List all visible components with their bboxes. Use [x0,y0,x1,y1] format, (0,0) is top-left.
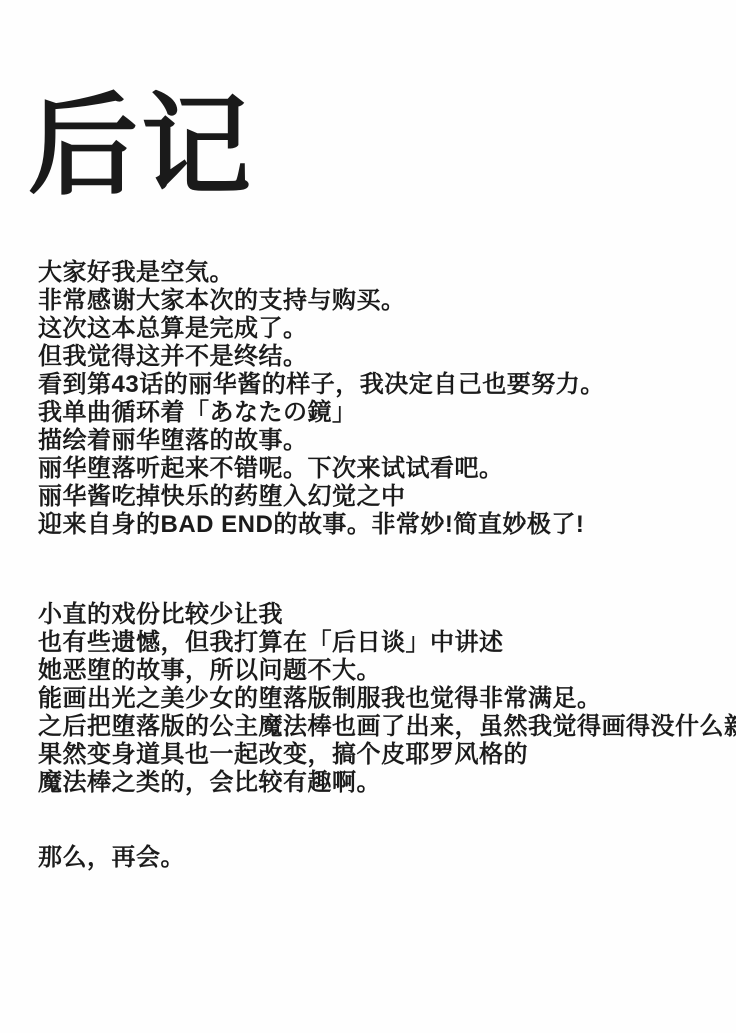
afterword-line: 这次这本总算是完成了。 [38,315,605,343]
afterword-page: 后记 大家好我是空気。 非常感谢大家本次的支持与购买。 这次这本总算是完成了。 … [0,0,736,1033]
afterword-line: 看到第43话的丽华酱的样子，我决定自己也要努力。 [38,371,605,399]
afterword-line: 我单曲循环着「あなたの鏡」 [38,399,605,427]
afterword-line: 丽华酱吃掉快乐的药堕入幻觉之中 [38,483,605,511]
page-title: 后记 [28,84,254,211]
afterword-line: 但我觉得这并不是终结。 [38,343,605,371]
afterword-line: 大家好我是空気。 [38,259,605,287]
afterword-line: 也有些遗憾，但我打算在「后日谈」中讲述 [38,629,736,657]
paragraph-farewell: 那么，再会。 [38,844,185,872]
afterword-line: 丽华堕落听起来不错呢。下次来试试看吧。 [38,455,605,483]
afterword-line: 小直的戏份比较少让我 [38,601,736,629]
afterword-line: 描绘着丽华堕落的故事。 [38,427,605,455]
afterword-line: 果然变身道具也一起改变，搞个皮耶罗风格的 [38,741,736,769]
paragraph-story-notes: 小直的戏份比较少让我 也有些遗憾，但我打算在「后日谈」中讲述 她恶堕的故事，所以… [38,601,736,797]
paragraph-greeting: 大家好我是空気。 非常感谢大家本次的支持与购买。 这次这本总算是完成了。 但我觉… [38,259,605,539]
afterword-line: 非常感谢大家本次的支持与购买。 [38,287,605,315]
afterword-line: 那么，再会。 [38,844,185,872]
afterword-line: 魔法棒之类的，会比较有趣啊。 [38,769,736,797]
afterword-line: 之后把堕落版的公主魔法棒也画了出来，虽然我觉得画得没什么新意， [38,713,736,741]
afterword-line: 能画出光之美少女的堕落版制服我也觉得非常满足。 [38,685,736,713]
afterword-line: 迎来自身的BAD END的故事。非常妙!简直妙极了! [38,511,605,539]
afterword-line: 她恶堕的故事，所以问题不大。 [38,657,736,685]
